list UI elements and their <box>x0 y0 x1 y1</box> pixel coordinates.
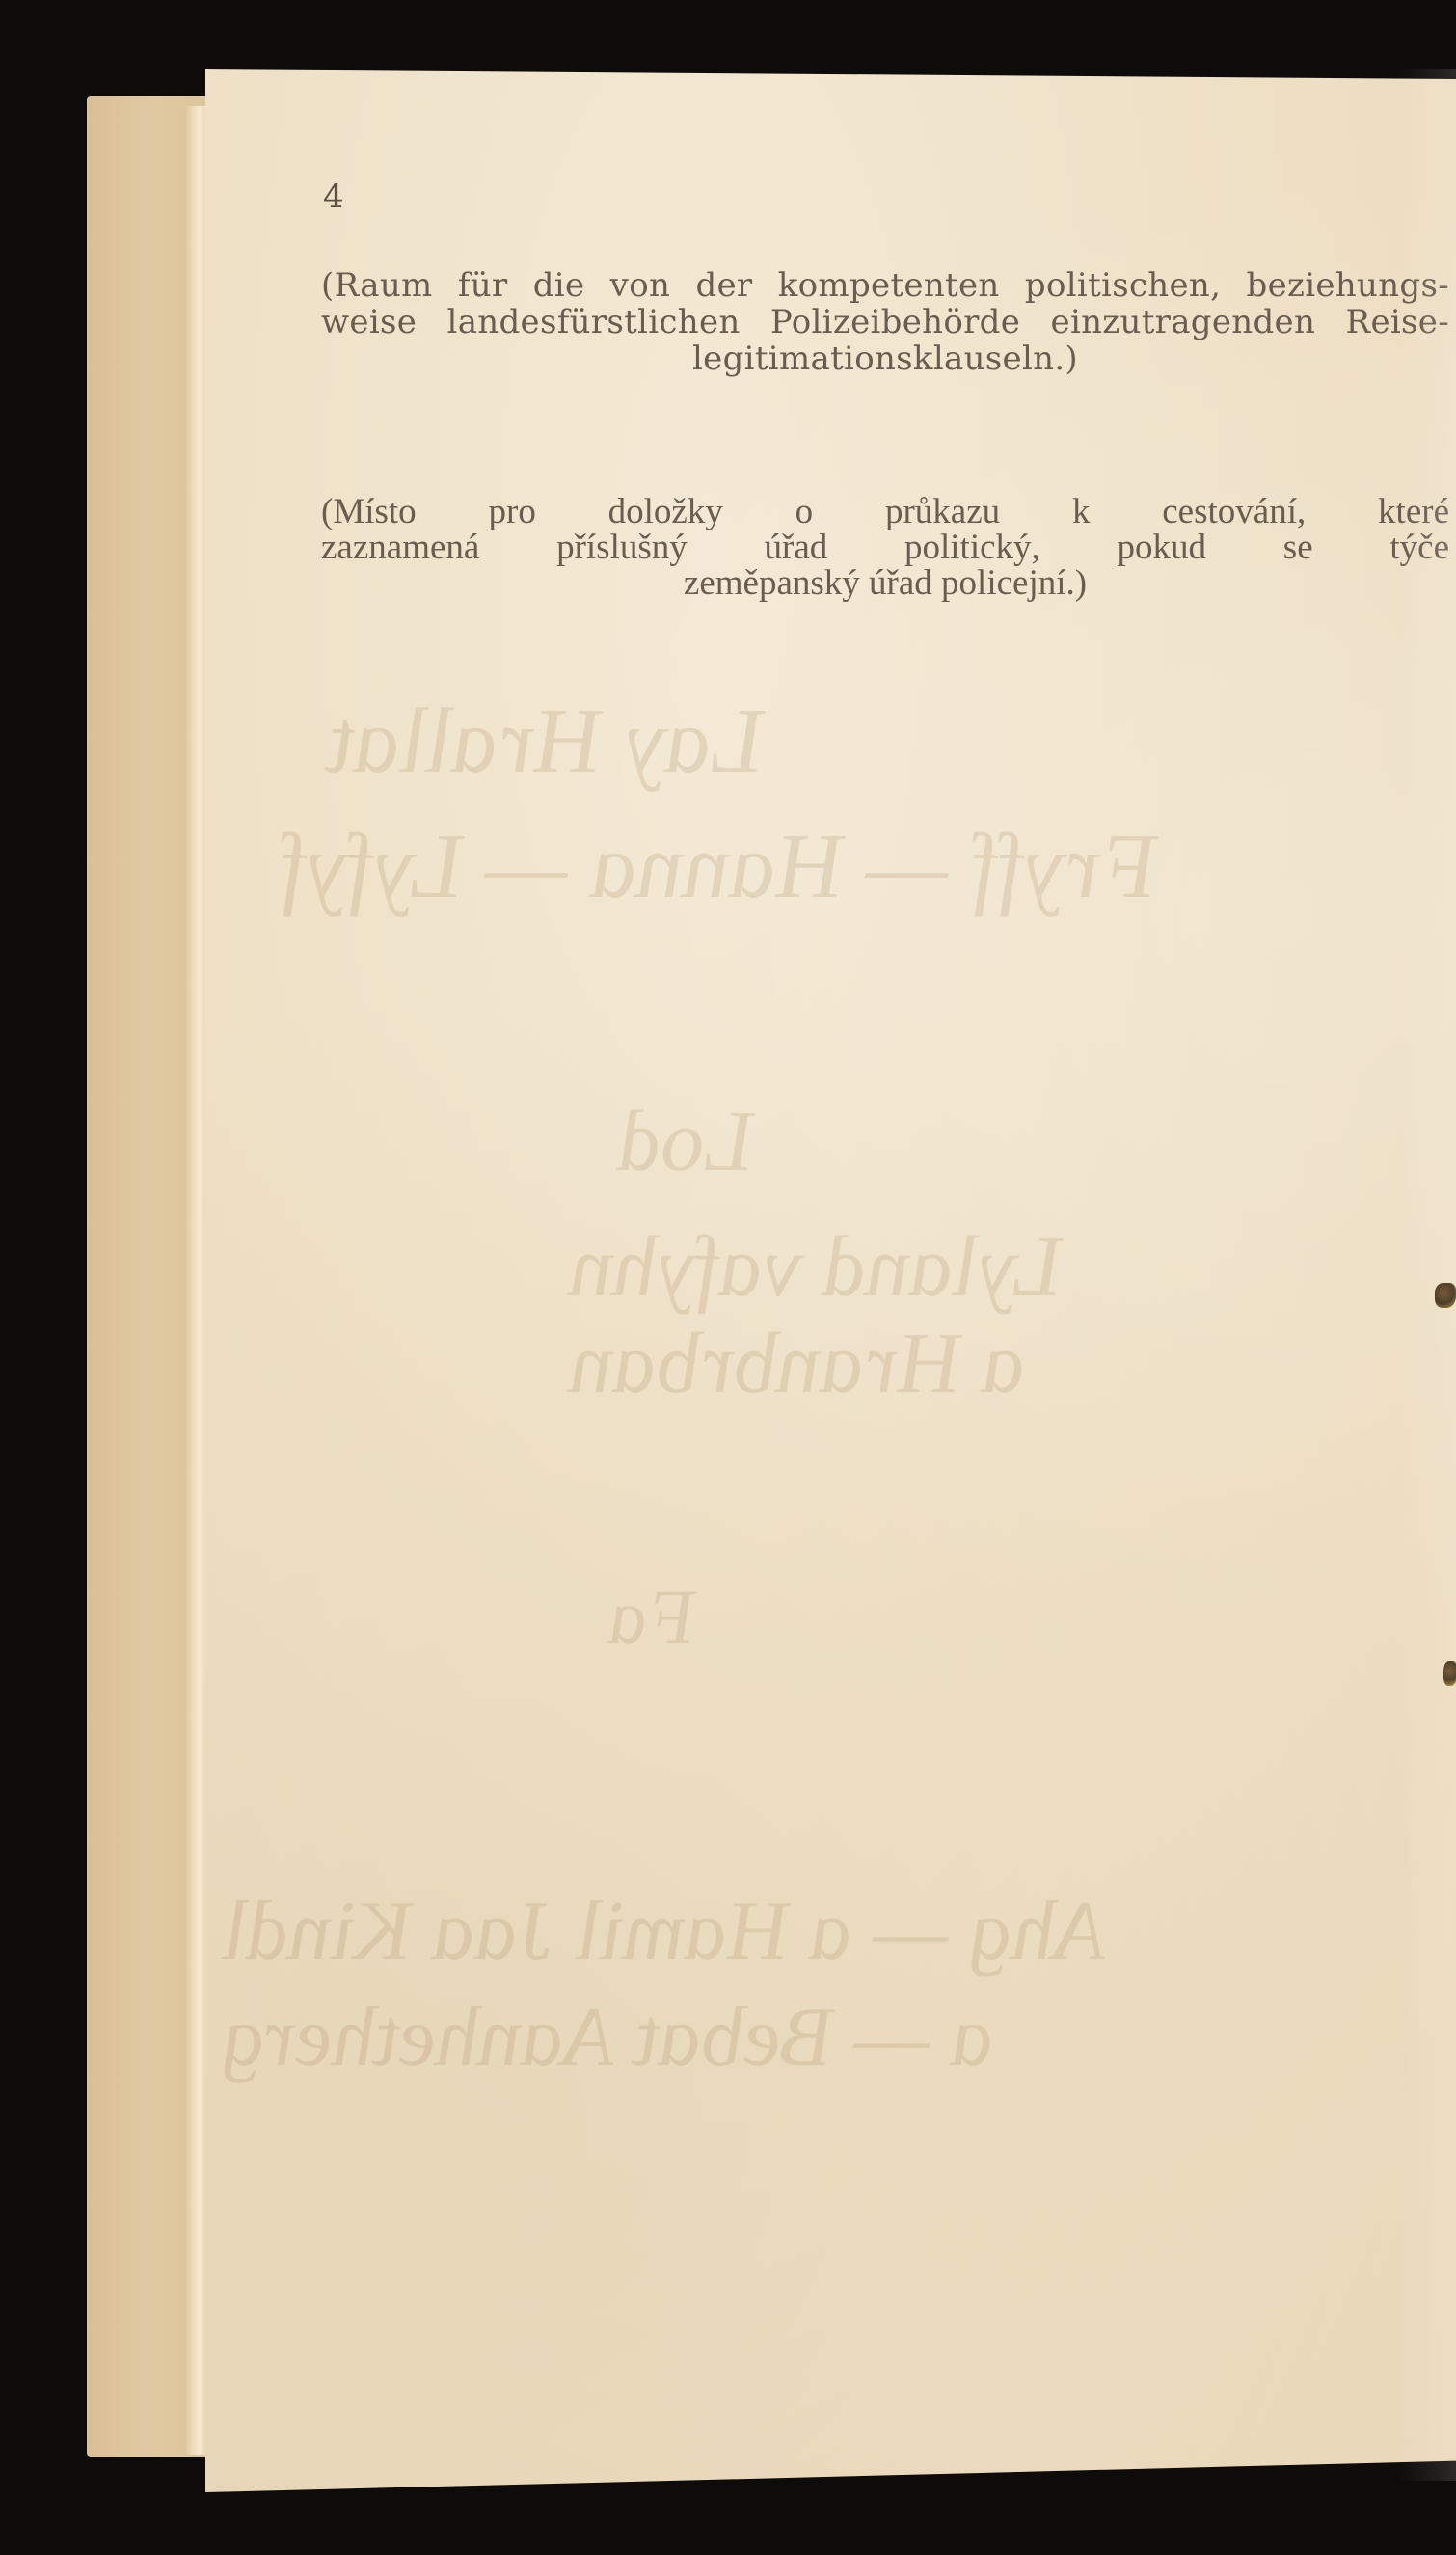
bleed-through-handwriting: Lay Hrallat <box>313 687 783 794</box>
czech-clause-text: (Místo pro doložky o průkazu k cestování… <box>321 494 1449 601</box>
bleed-through-handwriting: Ahg — a Hamil Jaa Kindl <box>209 1883 1124 1980</box>
german-line: weise landesfürstlichen Polizeibehörde e… <box>321 304 1449 340</box>
bleed-through-handwriting: Fryff — Hanna — Lyfyf <box>265 812 1176 919</box>
staple-icon <box>1443 1661 1456 1686</box>
czech-line: (Místo pro doložky o průkazu k cestování… <box>321 494 1449 530</box>
bleed-through-handwriting: Fa <box>596 1574 710 1662</box>
document-page: Lay Hrallat Fryff — Hanna — Lyfyf Lod Ly… <box>205 69 1456 2492</box>
staple-icon <box>1435 1283 1456 1308</box>
german-clause-text: (Raum für die von der kompetenten politi… <box>321 267 1449 377</box>
bleed-through-handwriting: a Hranbrban <box>555 1314 1043 1413</box>
page-number: 4 <box>323 177 344 216</box>
german-line: legitimationsklauseln.) <box>321 340 1449 377</box>
bleed-through-handwriting: Lod <box>604 1092 771 1191</box>
german-line: (Raum für die von der kompetenten politi… <box>321 267 1449 304</box>
czech-line: zeměpanský úřad policejní.) <box>321 565 1449 601</box>
bleed-through-handwriting: a — Bebat Aanhetherg <box>209 1989 1011 2086</box>
czech-line: zaznamená příslušný úřad politický, poku… <box>321 530 1449 565</box>
bleed-through-handwriting: Lyland vafyhn <box>555 1217 1079 1317</box>
